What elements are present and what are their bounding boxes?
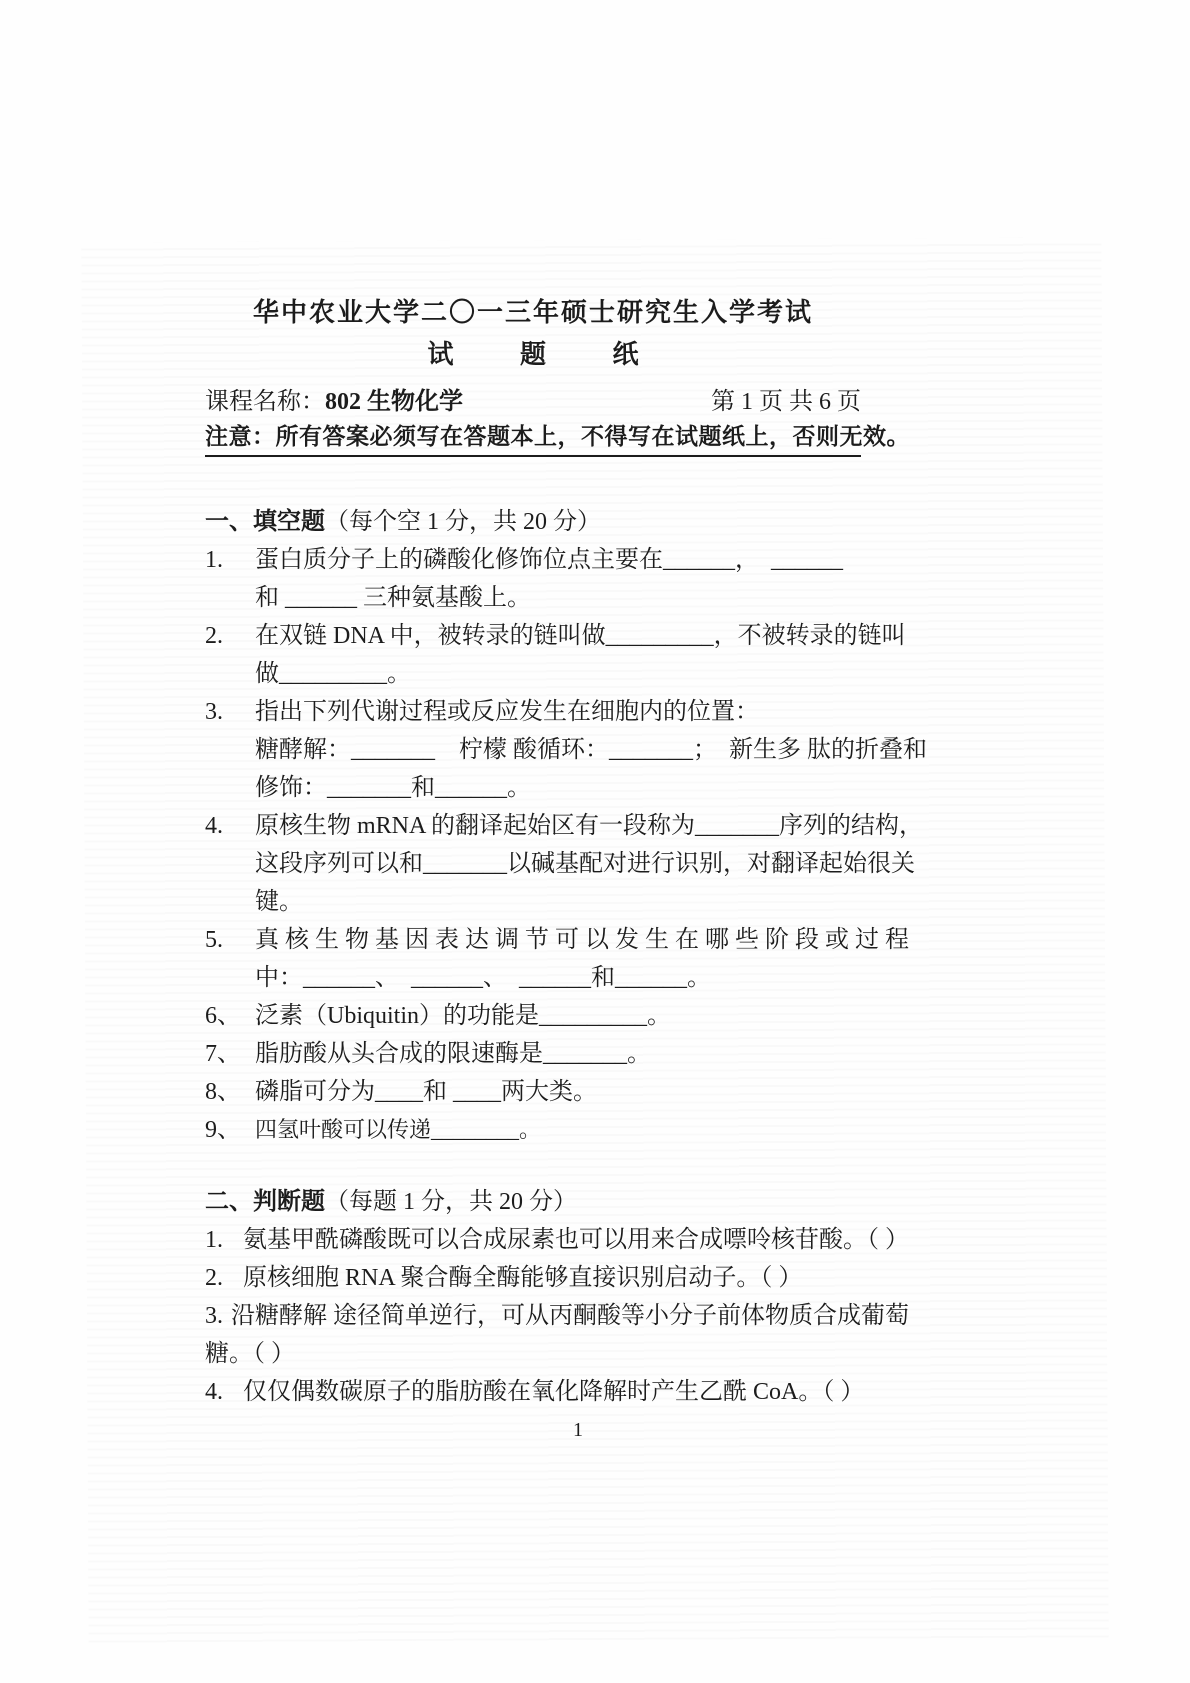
- question-number: 4.: [205, 807, 255, 845]
- question-number: 3.: [205, 693, 255, 731]
- question-number: 4.: [205, 1373, 243, 1411]
- question-text: 脂肪酸从头合成的限速酶是_______。: [255, 1035, 651, 1073]
- question-line: 1.蛋白质分子上的磷酸化修饰位点主要在______， ______: [205, 541, 861, 579]
- question-text: 磷脂可分为____和 ____两大类。: [255, 1073, 597, 1111]
- question-line: 6、泛素（Ubiquitin）的功能是_________。: [205, 997, 861, 1035]
- section-2-title: 二、判断题: [205, 1189, 325, 1215]
- question-line: 2.原核细胞 RNA 聚合酶全酶能够直接识别启动子。（ ）: [205, 1259, 861, 1297]
- question-line: 5.真核生物基因表达调节可以发生在哪些阶段或过程: [205, 921, 861, 959]
- question-text: 四氢叶酸可以传递________。: [255, 1111, 541, 1149]
- question-text: 做_________。: [255, 655, 411, 693]
- exam-content: 华中农业大学二〇一三年硕士研究生入学考试 试 题 纸 课程名称：802 生物化学…: [205, 296, 861, 1443]
- question-line: 8、磷脂可分为____和 ____两大类。: [205, 1073, 861, 1111]
- question-text: 氨基甲酰磷酸既可以合成尿素也可以用来合成嘌呤核苷酸。（ ）: [243, 1221, 909, 1259]
- section-1-note: （每个空 1 分，共 20 分）: [325, 509, 601, 535]
- question-text: 指出下列代谢过程或反应发生在细胞内的位置：: [255, 693, 759, 731]
- question-text: 沿糖酵解 途径简单逆行，可从丙酮酸等小分子前体物质合成葡萄: [231, 1297, 909, 1335]
- question-number: 7、: [205, 1035, 255, 1073]
- question-text: 和 ______ 三种氨基酸上。: [255, 579, 531, 617]
- question-text: 糖酵解：_______ 柠檬 酸循环：_______； 新生多 肽的折叠和: [255, 731, 927, 769]
- section-1-title: 一、填空题: [205, 509, 325, 535]
- question-text: 仅仅偶数碳原子的脂肪酸在氧化降解时产生乙酰 CoA。（ ）: [243, 1373, 864, 1411]
- question-number: 2.: [205, 1259, 243, 1297]
- question-number: [205, 579, 255, 617]
- section-1-heading: 一、填空题（每个空 1 分，共 20 分）: [205, 503, 861, 541]
- question-number: 3.: [205, 1297, 231, 1335]
- section-true-false: 二、判断题（每题 1 分，共 20 分） 1.氨基甲酰磷酸既可以合成尿素也可以用…: [205, 1183, 861, 1411]
- page-indicator: 第 1 页 共 6 页: [711, 386, 861, 418]
- question-number: 6、: [205, 997, 255, 1035]
- question-line: 1.氨基甲酰磷酸既可以合成尿素也可以用来合成嘌呤核苷酸。（ ）: [205, 1221, 861, 1259]
- page-number: 1: [205, 1417, 861, 1443]
- question-number: [205, 845, 255, 883]
- question-line: 3.指出下列代谢过程或反应发生在细胞内的位置：: [205, 693, 861, 731]
- course-value: 802 生物化学: [325, 389, 463, 415]
- question-number: 2.: [205, 617, 255, 655]
- question-line: 和 ______ 三种氨基酸上。: [205, 579, 861, 617]
- question-text: 糖。（ ）: [205, 1335, 295, 1373]
- question-number: 1.: [205, 1221, 243, 1259]
- question-text: 真核生物基因表达调节可以发生在哪些阶段或过程: [255, 921, 915, 959]
- question-text: 键。: [255, 883, 303, 921]
- question-number: 8、: [205, 1073, 255, 1111]
- question-text: 修饰：_______和______。: [255, 769, 531, 807]
- course-name: 课程名称：802 生物化学: [205, 386, 463, 418]
- course-label: 课程名称：: [205, 389, 325, 415]
- question-number: 9、: [205, 1111, 255, 1149]
- question-line: 键。: [205, 883, 861, 921]
- exam-paper-page: 华中农业大学二〇一三年硕士研究生入学考试 试 题 纸 课程名称：802 生物化学…: [0, 0, 1190, 1683]
- question-line: 这段序列可以和_______以碱基配对进行识别，对翻译起始很关: [205, 845, 861, 883]
- question-line: 3.沿糖酵解 途径简单逆行，可从丙酮酸等小分子前体物质合成葡萄: [205, 1297, 861, 1335]
- question-number: 5.: [205, 921, 255, 959]
- question-line: 9、四氢叶酸可以传递________。: [205, 1111, 861, 1149]
- question-line: 做_________。: [205, 655, 861, 693]
- question-line: 2.在双链 DNA 中，被转录的链叫做_________，不被转录的链叫: [205, 617, 861, 655]
- course-meta-row: 课程名称：802 生物化学 第 1 页 共 6 页: [205, 386, 861, 418]
- exam-title: 华中农业大学二〇一三年硕士研究生入学考试: [205, 296, 861, 330]
- question-line: 7、脂肪酸从头合成的限速酶是_______。: [205, 1035, 861, 1073]
- question-line: 4.仅仅偶数碳原子的脂肪酸在氧化降解时产生乙酰 CoA。（ ）: [205, 1373, 861, 1411]
- question-line: 糖。（ ）: [205, 1335, 861, 1373]
- question-number: [205, 731, 255, 769]
- exam-subtitle: 试 题 纸: [205, 338, 861, 372]
- question-text: 中：______、 ______、 ______和______。: [255, 959, 711, 997]
- section-2-heading: 二、判断题（每题 1 分，共 20 分）: [205, 1183, 861, 1221]
- notice-line: 注意：所有答案必须写在答题本上，不得写在试题纸上，否则无效。: [205, 422, 861, 457]
- question-text: 蛋白质分子上的磷酸化修饰位点主要在______， ______: [255, 541, 843, 579]
- question-line: 修饰：_______和______。: [205, 769, 861, 807]
- question-number: [205, 769, 255, 807]
- question-text: 泛素（Ubiquitin）的功能是_________。: [255, 997, 671, 1035]
- question-line: 糖酵解：_______ 柠檬 酸循环：_______； 新生多 肽的折叠和: [205, 731, 861, 769]
- question-number: [205, 959, 255, 997]
- question-text: 原核生物 mRNA 的翻译起始区有一段称为_______序列的结构，: [255, 807, 923, 845]
- question-number: 1.: [205, 541, 255, 579]
- question-number: [205, 655, 255, 693]
- section-2-note: （每题 1 分，共 20 分）: [325, 1189, 577, 1215]
- question-line: 中：______、 ______、 ______和______。: [205, 959, 861, 997]
- question-text: 这段序列可以和_______以碱基配对进行识别，对翻译起始很关: [255, 845, 915, 883]
- question-number: [205, 883, 255, 921]
- question-text: 原核细胞 RNA 聚合酶全酶能够直接识别启动子。（ ）: [243, 1259, 802, 1297]
- question-line: 4.原核生物 mRNA 的翻译起始区有一段称为_______序列的结构，: [205, 807, 861, 845]
- question-text: 在双链 DNA 中，被转录的链叫做_________，不被转录的链叫: [255, 617, 906, 655]
- section-fill-in-blank: 一、填空题（每个空 1 分，共 20 分） 1.蛋白质分子上的磷酸化修饰位点主要…: [205, 503, 861, 1149]
